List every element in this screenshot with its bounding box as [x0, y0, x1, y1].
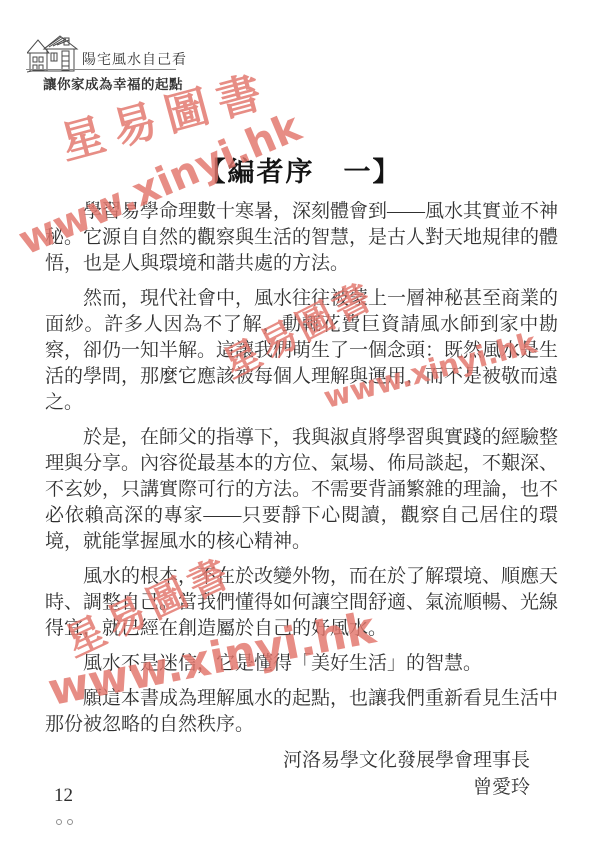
paragraph: 願這本書成為理解風水的起點，也讓我們重新看見生活中那份被忽略的自然秩序。	[45, 686, 558, 738]
book-page: 陽宅風水自己看 讓你家成為幸福的起點 【編者序 一】 學習易學命理數十寒暑，深刻…	[0, 0, 600, 851]
header-divider	[26, 69, 176, 70]
preface-body: 學習易學命理數十寒暑，深刻體會到——風水其實並不神秘。它源自自然的觀察與生活的智…	[45, 199, 558, 801]
paragraph: 於是，在師父的指導下，我與淑貞將學習與實踐的經驗整理與分享。內容從最基本的方位、…	[45, 425, 558, 555]
paragraph: 風水不是迷信，它是懂得「美好生活」的智慧。	[45, 651, 558, 677]
signature-block: 河洛易學文化發展學會理事長 曾愛玲	[45, 747, 558, 801]
house-logo-icon	[27, 35, 79, 73]
signature-name: 曾愛玲	[45, 774, 530, 801]
book-title: 陽宅風水自己看	[82, 49, 187, 69]
paragraph: 風水的根本，不在於改變外物，而在於了解環境、順應天時、調整自己。當我們懂得如何讓…	[45, 564, 558, 642]
paragraph: 然而，現代社會中，風水往往被蒙上一層神秘甚至商業的面紗。許多人因為不了解，動輒花…	[45, 286, 558, 416]
paragraph: 學習易學命理數十寒暑，深刻體會到——風水其實並不神秘。它源自自然的觀察與生活的智…	[45, 199, 558, 277]
signature-organization: 河洛易學文化發展學會理事長	[45, 747, 530, 774]
preface-title: 【編者序 一】	[0, 150, 600, 189]
page-number: 12	[54, 785, 73, 807]
book-subtitle: 讓你家成為幸福的起點	[43, 73, 183, 93]
page-number-ornament	[56, 812, 78, 830]
